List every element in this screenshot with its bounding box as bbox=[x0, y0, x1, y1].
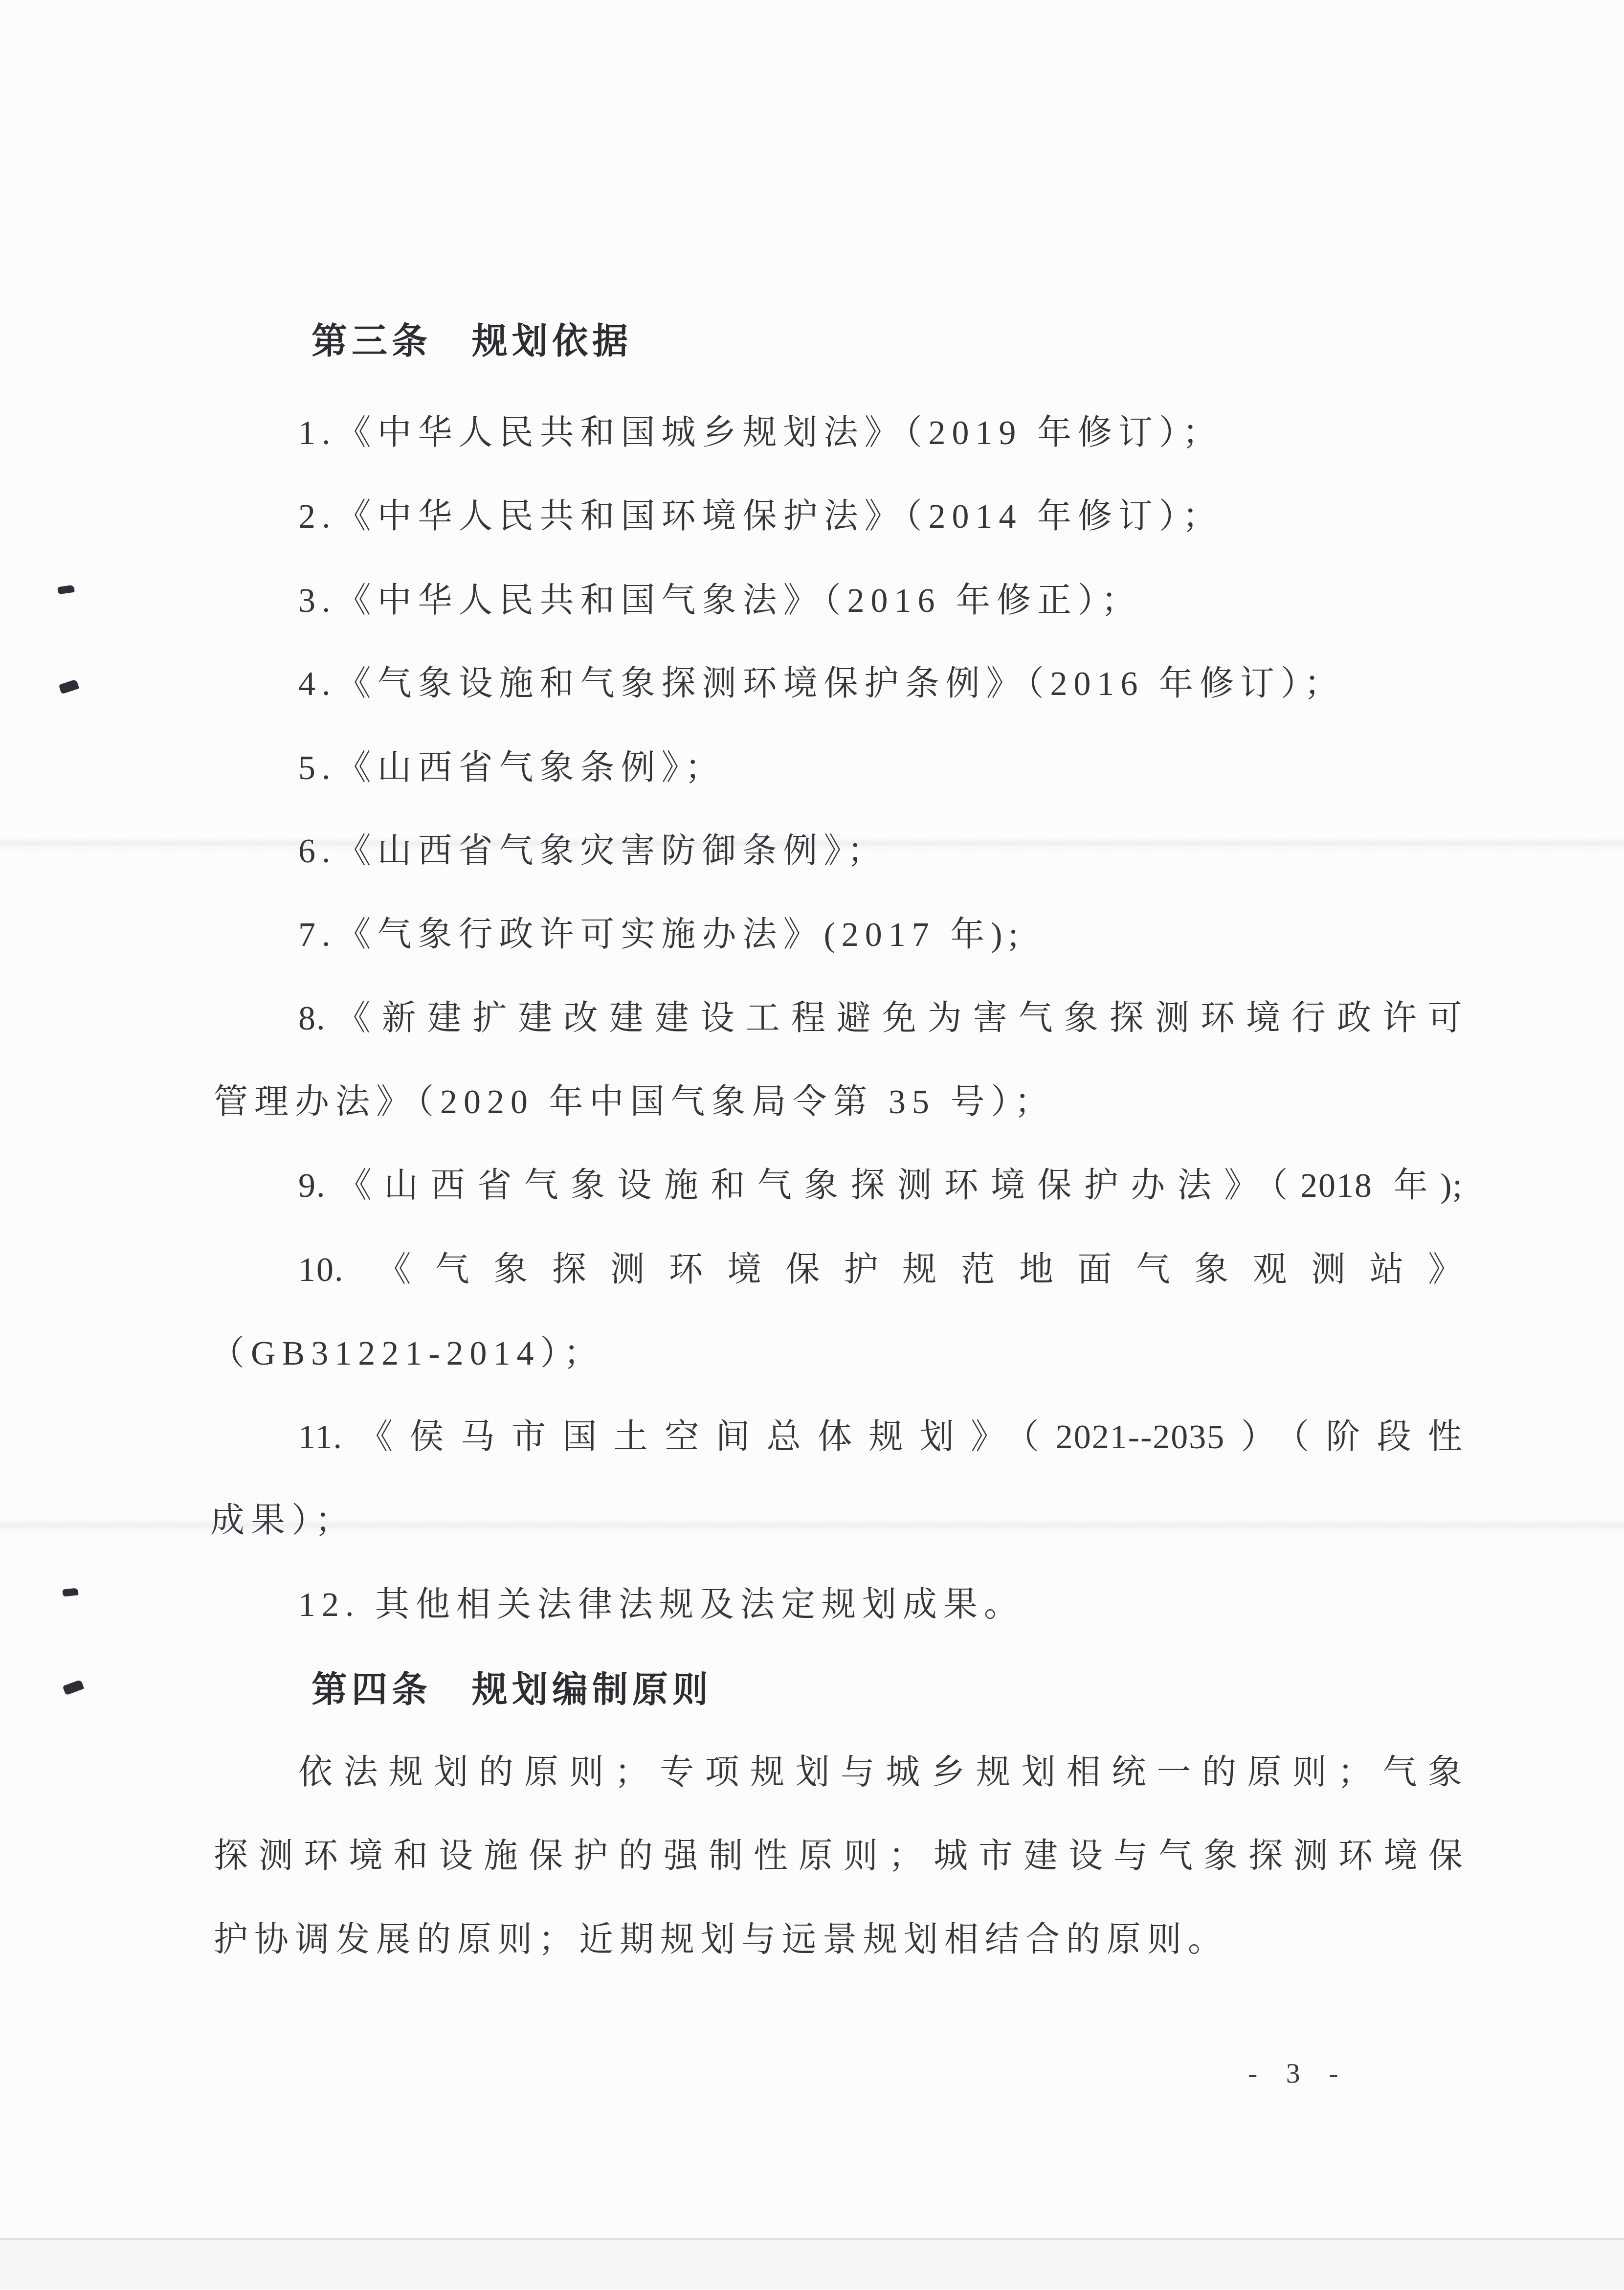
fold-line-upper bbox=[0, 837, 1624, 852]
ink-mark bbox=[63, 1680, 84, 1695]
legal-basis-item-3: 3.《中华人民共和国气象法》（2016 年修正）； bbox=[298, 581, 1142, 622]
page-number: - 3 - bbox=[1248, 2057, 1349, 2089]
ink-mark bbox=[59, 679, 79, 695]
scanned-document-page: 第三条 规划依据 1.《中华人民共和国城乡规划法》（2019 年修订）； 2.《… bbox=[0, 0, 1624, 2290]
article-3-heading: 第三条 规划依据 bbox=[311, 320, 632, 362]
legal-basis-item-8-line-2: 管理办法》（2020 年中国气象局令第 35 号）； bbox=[214, 1082, 1055, 1123]
legal-basis-item-12: 12. 其他相关法律法规及法定规划成果。 bbox=[298, 1585, 1024, 1626]
legal-basis-item-7: 7.《气象行政许可实施办法》(2017 年); bbox=[298, 915, 1024, 956]
article-4-heading: 第四条 规划编制原则 bbox=[311, 1669, 712, 1711]
principles-paragraph-line-1: 依法规划的原则；专项规划与城乡规划相统一的原则；气象 bbox=[298, 1753, 1463, 1794]
principles-paragraph-line-2: 探测环境和设施保护的强制性原则；城市建设与气象探测环境保 bbox=[214, 1837, 1464, 1877]
legal-basis-item-2: 2.《中华人民共和国环境保护法》（2014 年修订）； bbox=[298, 497, 1223, 538]
legal-basis-item-5: 5.《山西省气象条例》； bbox=[298, 748, 726, 789]
principles-paragraph-line-3: 护协调发展的原则；近期规划与远景规划相结合的原则。 bbox=[214, 1920, 1228, 1961]
legal-basis-item-8-line-1: 8.《新建扩建改建建设工程避免为害气象探测环境行政许可 bbox=[298, 999, 1463, 1039]
ink-mark bbox=[57, 585, 75, 595]
legal-basis-item-11-line-1: 11.《侯马市国土空间总体规划》（2021--2035）（阶段性 bbox=[298, 1417, 1463, 1458]
legal-basis-item-10-line-2: （GB31221-2014）； bbox=[210, 1334, 604, 1374]
scan-bottom-edge bbox=[0, 2238, 1624, 2289]
fold-line-lower bbox=[0, 1519, 1624, 1534]
ink-mark bbox=[62, 1588, 78, 1596]
legal-basis-item-1: 1.《中华人民共和国城乡规划法》（2019 年修订）； bbox=[298, 413, 1223, 454]
legal-basis-item-4: 4.《气象设施和气象探测环境保护条例》（2016 年修订）； bbox=[298, 664, 1345, 705]
legal-basis-item-9: 9.《山西省气象设施和气象探测环境保护办法》（2018 年); bbox=[298, 1166, 1463, 1207]
legal-basis-item-10-line-1: 10. 《气象探测环境保护规范地面气象观测站》 bbox=[298, 1250, 1463, 1291]
